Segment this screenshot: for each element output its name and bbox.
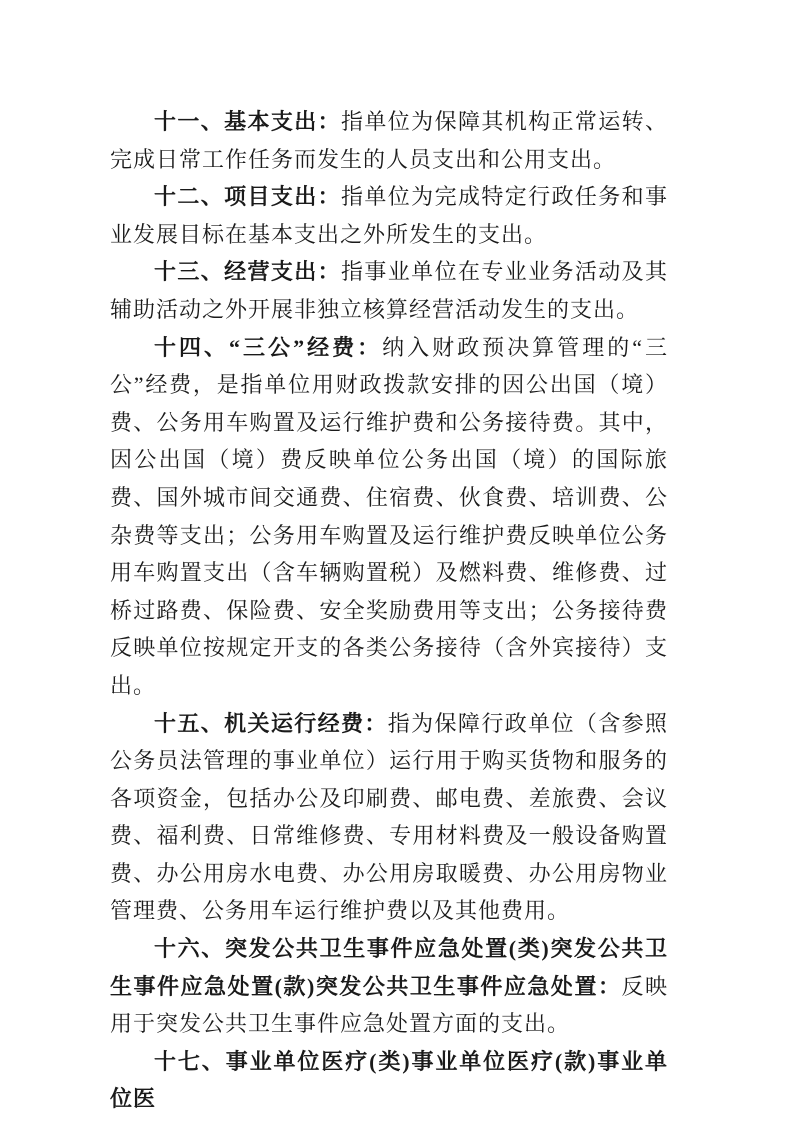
term-heading: 十五、机关运行经费：: [154, 711, 388, 736]
term-heading: 十三、经营支出：: [154, 259, 341, 284]
term-heading: 十四、“三公”经费：: [154, 335, 382, 360]
definition-text: 指为保障行政单位（含参照公务员法管理的事业单位）运行用于购买货物和服务的各项资金…: [110, 711, 668, 924]
paragraph: 十四、“三公”经费：纳入财政预决算管理的“三公”经费，是指单位用财政拨款安排的因…: [110, 329, 668, 705]
term-heading: 十一、基本支出：: [154, 109, 341, 134]
term-heading: 十六、突发公共卫生事件应急处置(类)突发公共卫生事件应急处置(款)突发公共卫生事…: [110, 936, 668, 999]
paragraph: 十五、机关运行经费：指为保障行政单位（含参照公务员法管理的事业单位）运行用于购买…: [110, 705, 668, 931]
paragraph: 十二、项目支出：指单位为完成特定行政任务和事业发展目标在基本支出之外所发生的支出…: [110, 178, 668, 253]
definition-text: 纳入财政预决算管理的“三公”经费，是指单位用财政拨款安排的因公出国（境）费、公务…: [110, 335, 668, 698]
term-heading: 十七、事业单位医疗(类)事业单位医疗(款)事业单位医: [110, 1049, 668, 1112]
document-body: 十一、基本支出：指单位为保障其机构正常运转、完成日常工作任务而发生的人员支出和公…: [110, 103, 668, 1118]
term-heading: 十二、项目支出：: [154, 184, 341, 209]
paragraph: 十七、事业单位医疗(类)事业单位医疗(款)事业单位医: [110, 1043, 668, 1118]
paragraph: 十一、基本支出：指单位为保障其机构正常运转、完成日常工作任务而发生的人员支出和公…: [110, 103, 668, 178]
paragraph: 十六、突发公共卫生事件应急处置(类)突发公共卫生事件应急处置(款)突发公共卫生事…: [110, 930, 668, 1043]
document-page: 十一、基本支出：指单位为保障其机构正常运转、完成日常工作任务而发生的人员支出和公…: [0, 0, 793, 1122]
paragraph: 十三、经营支出：指事业单位在专业业务活动及其辅助活动之外开展非独立核算经营活动发…: [110, 253, 668, 328]
